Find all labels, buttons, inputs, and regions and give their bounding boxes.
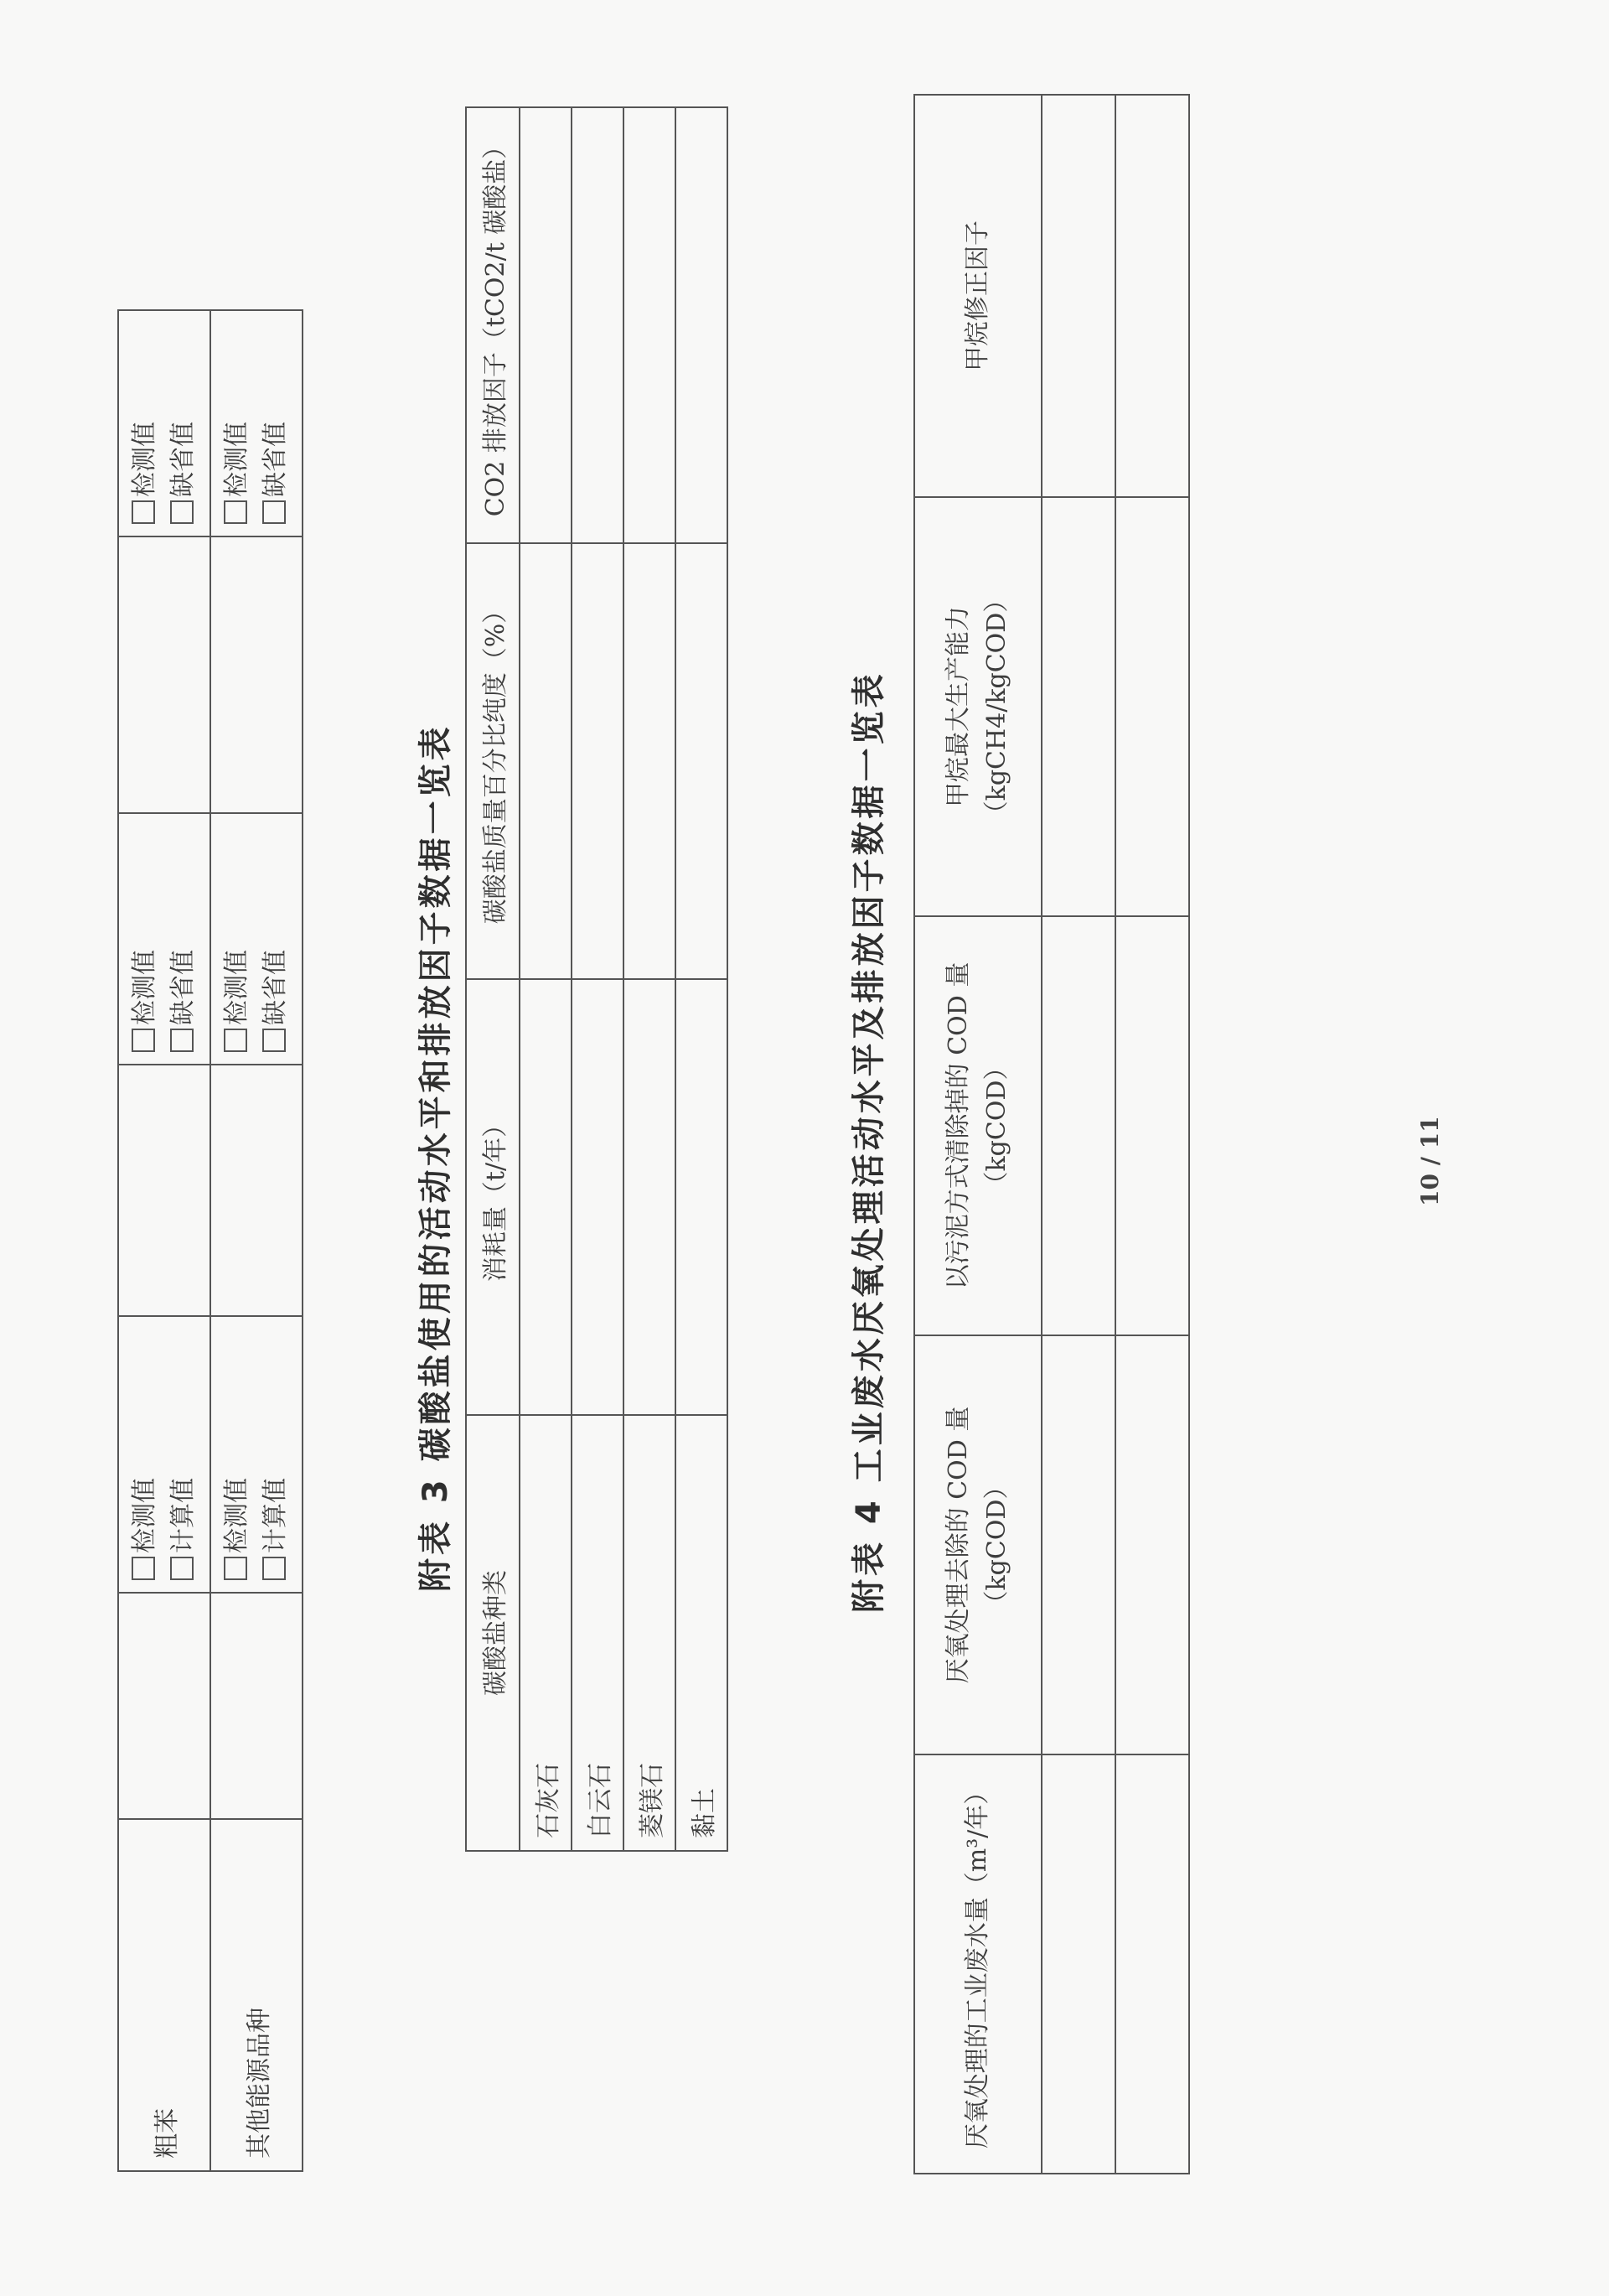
- checkbox-option[interactable]: 缺省值: [164, 323, 203, 524]
- energy-continuation-table: 粗苯检测值计算值检测值缺省值检测值缺省值其他能源品种检测值计算值检测值缺省值检测…: [117, 96, 303, 2172]
- checkbox-option[interactable]: 检测值: [218, 1329, 256, 1580]
- data-source-cell: 检测值缺省值: [210, 813, 303, 1065]
- data-source-cell: 检测值缺省值: [118, 310, 210, 536]
- checkbox-icon[interactable]: [224, 1029, 247, 1052]
- checkbox-label: 计算值: [261, 1478, 290, 1553]
- header-methane-correction: 甲烷修正因子: [914, 95, 1042, 497]
- value-cell[interactable]: [210, 1593, 303, 1819]
- carbonate-type-cell: 白云石: [572, 1415, 623, 1851]
- checkbox-option[interactable]: 检测值: [218, 323, 256, 524]
- value-cell[interactable]: [520, 979, 572, 1415]
- wastewater-table: 厌氧处理的工业废水量（m³/年） 厌氧处理去除的 COD 量（kgCOD） 以污…: [913, 94, 1190, 2174]
- checkbox-label: 缺省值: [168, 422, 198, 497]
- data-source-cell: 检测值缺省值: [118, 813, 210, 1065]
- checkbox-label: 计算值: [168, 1478, 198, 1553]
- value-cell[interactable]: [210, 1065, 303, 1316]
- header-carbonate-type: 碳酸盐种类: [466, 1415, 520, 1851]
- checkbox-option[interactable]: 检测值: [126, 1329, 164, 1580]
- carbonate-table: 碳酸盐种类 消耗量（t/年） 碳酸盐质量百分比纯度（%） CO2 排放因子（tC…: [465, 106, 728, 1852]
- value-cell[interactable]: [572, 107, 623, 543]
- table4-title: 附表 4 工业废水厌氧处理活动水平及排放因子数据一览表: [842, 671, 890, 1613]
- table-row: 石灰石: [520, 107, 572, 1851]
- checkbox-label: 检测值: [130, 422, 159, 497]
- checkbox-option[interactable]: 计算值: [256, 1329, 295, 1580]
- carbonate-type-cell: 石灰石: [520, 1415, 572, 1851]
- value-cell[interactable]: [210, 536, 303, 813]
- table-row: [1115, 95, 1189, 2174]
- header-co2-factor: CO2 排放因子（tCO2/t 碳酸盐）: [466, 107, 520, 543]
- header-cod-removed: 厌氧处理去除的 COD 量（kgCOD）: [914, 1335, 1042, 1754]
- checkbox-icon[interactable]: [262, 500, 286, 524]
- checkbox-label: 检测值: [222, 950, 251, 1025]
- checkbox-icon[interactable]: [132, 1557, 155, 1580]
- checkbox-label: 缺省值: [261, 422, 290, 497]
- value-cell[interactable]: [1115, 95, 1189, 497]
- header-methane-capacity: 甲烷最大生产能力（kgCH4/kgCOD）: [914, 497, 1042, 916]
- value-cell[interactable]: [1042, 916, 1115, 1335]
- carbonate-type-cell: 菱镁石: [623, 1415, 675, 1851]
- checkbox-option[interactable]: 检测值: [126, 826, 164, 1052]
- checkbox-label: 检测值: [130, 1478, 159, 1553]
- checkbox-icon[interactable]: [170, 1029, 194, 1052]
- header-cod-sludge: 以污泥方式清除掉的 COD 量（kgCOD）: [914, 916, 1042, 1335]
- value-cell[interactable]: [520, 543, 572, 979]
- header-wastewater-volume: 厌氧处理的工业废水量（m³/年）: [914, 1754, 1042, 2174]
- checkbox-icon[interactable]: [262, 1029, 286, 1052]
- value-cell[interactable]: [1115, 497, 1189, 916]
- checkbox-option[interactable]: 缺省值: [256, 323, 295, 524]
- value-cell[interactable]: [623, 543, 675, 979]
- header-consumption: 消耗量（t/年）: [466, 979, 520, 1415]
- table-row: [1042, 95, 1115, 2174]
- value-cell[interactable]: [675, 107, 727, 543]
- data-source-cell: 检测值缺省值: [210, 310, 303, 536]
- checkbox-icon[interactable]: [170, 500, 194, 524]
- table-row: 白云石: [572, 107, 623, 1851]
- checkbox-label: 缺省值: [168, 950, 198, 1025]
- table-row: 菱镁石: [623, 107, 675, 1851]
- checkbox-label: 检测值: [222, 1478, 251, 1553]
- value-cell[interactable]: [118, 536, 210, 813]
- checkbox-option[interactable]: 计算值: [164, 1329, 203, 1580]
- page-number: 10 / 11: [1416, 1116, 1444, 1206]
- value-cell[interactable]: [572, 979, 623, 1415]
- header-purity: 碳酸盐质量百分比纯度（%）: [466, 543, 520, 979]
- table-row: 粗苯检测值计算值检测值缺省值检测值缺省值: [118, 96, 210, 2171]
- checkbox-icon[interactable]: [170, 1557, 194, 1580]
- energy-name-cell: 其他能源品种: [210, 1819, 303, 2171]
- checkbox-option[interactable]: 检测值: [126, 323, 164, 524]
- checkbox-icon[interactable]: [224, 1557, 247, 1580]
- carbonate-type-cell: 黏土: [675, 1415, 727, 1851]
- value-cell[interactable]: [118, 1065, 210, 1316]
- checkbox-label: 缺省值: [261, 950, 290, 1025]
- value-cell[interactable]: [623, 979, 675, 1415]
- checkbox-icon[interactable]: [132, 500, 155, 524]
- checkbox-option[interactable]: 缺省值: [164, 826, 203, 1052]
- checkbox-option[interactable]: 检测值: [218, 826, 256, 1052]
- value-cell[interactable]: [118, 1593, 210, 1819]
- value-cell[interactable]: [572, 543, 623, 979]
- value-cell[interactable]: [1115, 1754, 1189, 2174]
- checkbox-label: 检测值: [222, 422, 251, 497]
- checkbox-label: 检测值: [130, 950, 159, 1025]
- energy-name-cell: 粗苯: [118, 1819, 210, 2171]
- value-cell[interactable]: [1042, 1754, 1115, 2174]
- value-cell[interactable]: [520, 107, 572, 543]
- table-row: 其他能源品种检测值计算值检测值缺省值检测值缺省值: [210, 96, 303, 2171]
- checkbox-icon[interactable]: [132, 1029, 155, 1052]
- checkbox-icon[interactable]: [224, 500, 247, 524]
- data-source-cell: 检测值计算值: [210, 1316, 303, 1593]
- checkbox-option[interactable]: 缺省值: [256, 826, 295, 1052]
- value-cell[interactable]: [675, 979, 727, 1415]
- value-cell[interactable]: [1115, 916, 1189, 1335]
- table3-title: 附表 3 碳酸盐使用的活动水平和排放因子数据一览表: [409, 723, 457, 1592]
- table-row: 黏土: [675, 107, 727, 1851]
- checkbox-icon[interactable]: [262, 1557, 286, 1580]
- value-cell[interactable]: [1115, 1335, 1189, 1754]
- value-cell[interactable]: [675, 543, 727, 979]
- rotated-page: 粗苯检测值计算值检测值缺省值检测值缺省值其他能源品种检测值计算值检测值缺省值检测…: [0, 0, 1609, 2296]
- data-source-cell: 检测值计算值: [118, 1316, 210, 1593]
- value-cell[interactable]: [1042, 95, 1115, 497]
- value-cell[interactable]: [1042, 497, 1115, 916]
- value-cell[interactable]: [623, 107, 675, 543]
- value-cell[interactable]: [1042, 1335, 1115, 1754]
